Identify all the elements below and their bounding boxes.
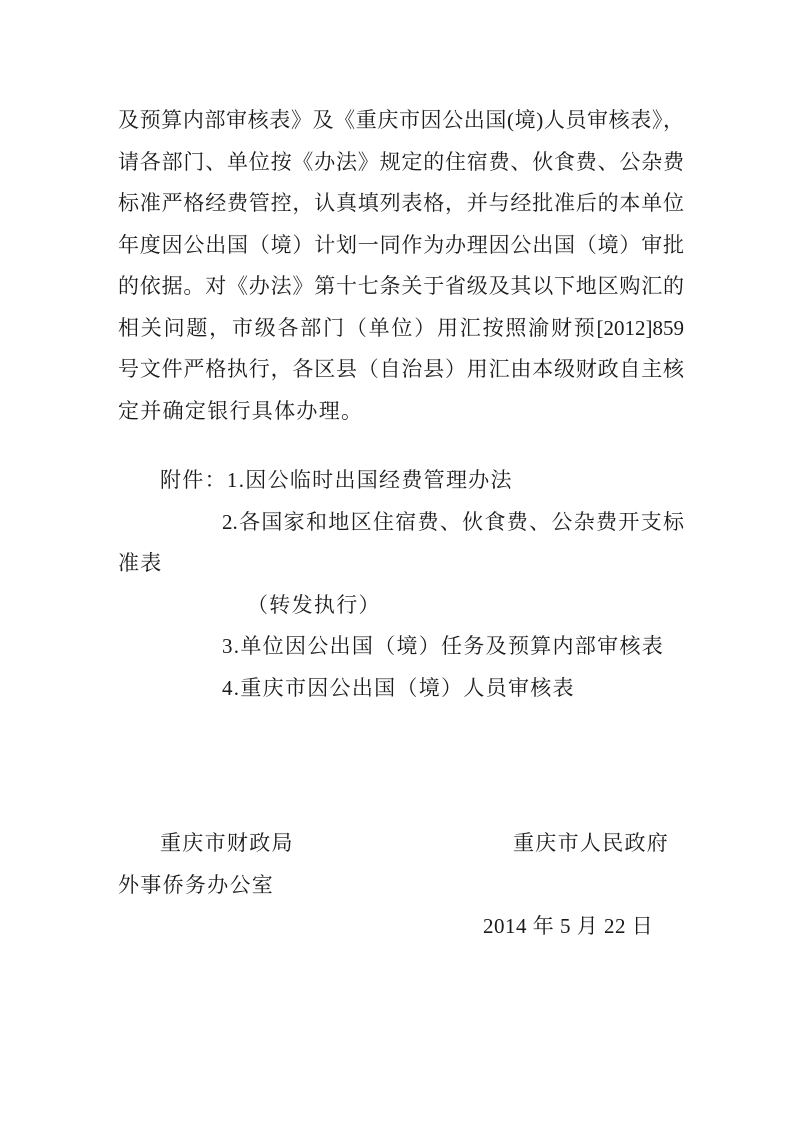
attachment-label: 附件： — [160, 468, 227, 492]
issuer-foreign-affairs-office: 外事侨务办公室 — [118, 865, 274, 907]
body-line: 的依据。对《办法》第十七条关于省级及其以下地区购汇的 — [118, 266, 684, 308]
body-line: 标准严格经费管控，认真填列表格，并与经批准后的本单位 — [118, 183, 684, 225]
issuer-finance-bureau: 重庆市财政局 — [160, 823, 294, 865]
attachment-label-line: 附件：1.因公临时出国经费管理办法 — [118, 460, 684, 502]
body-line: 相关问题，市级各部门（单位）用汇按照渝财预[2012]859 — [118, 308, 684, 350]
attachment-list: 附件：1.因公临时出国经费管理办法 2.各国家和地区住宿费、伙食费、公杂费开支标… — [118, 460, 684, 709]
attachment-item-3: 3.单位因公出国（境）任务及预算内部审核表 — [118, 626, 684, 668]
body-paragraph: 及预算内部审核表》及《重庆市因公出国(境)人员审核表》， 请各部门、单位按《办法… — [118, 100, 684, 432]
issuer-people-government: 重庆市人民政府 — [513, 823, 669, 865]
body-line: 定并确定银行具体办理。 — [118, 391, 684, 433]
body-line: 及预算内部审核表》及《重庆市因公出国(境)人员审核表》， — [118, 100, 684, 142]
document-page: 及预算内部审核表》及《重庆市因公出国(境)人员审核表》， 请各部门、单位按《办法… — [0, 0, 793, 1123]
attachment-item-2-line-2: 准表 — [118, 543, 684, 585]
body-line: 请各部门、单位按《办法》规定的住宿费、伙食费、公杂费 — [118, 142, 684, 184]
signature-block: 重庆市财政局 重庆市人民政府 外事侨务办公室 2014 年 5 月 22 日 — [118, 823, 684, 953]
attachment-item-2-line-1: 2.各国家和地区住宿费、伙食费、公杂费开支标 — [118, 502, 684, 544]
document-date: 2014 年 5 月 22 日 — [483, 906, 653, 948]
attachment-item-4: 4.重庆市因公出国（境）人员审核表 — [118, 668, 684, 710]
attachment-item-1: 1.因公临时出国经费管理办法 — [227, 468, 513, 492]
attachment-item-2-note: （转发执行） — [118, 585, 684, 627]
body-line: 年度因公出国（境）计划一同作为办理因公出国（境）审批 — [118, 225, 684, 267]
body-line: 号文件严格执行，各区县（自治县）用汇由本级财政自主核 — [118, 349, 684, 391]
